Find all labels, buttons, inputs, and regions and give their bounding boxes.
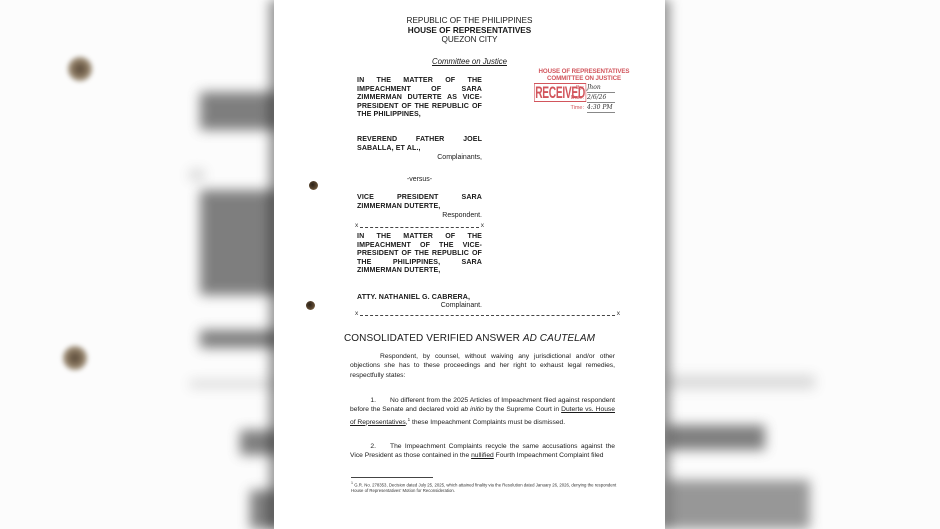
paragraph-1: 1.No different from the 2025 Articles of… <box>350 396 615 427</box>
caption1-role: Complainants, <box>357 154 482 161</box>
title-italic: AD CAUTELAM <box>523 333 595 344</box>
separator-x-right: x <box>617 310 620 317</box>
background-text-blur <box>665 480 810 529</box>
separator-line <box>360 315 615 316</box>
respondent-role: Respondent. <box>357 212 482 219</box>
title-main: CONSOLIDATED VERIFIED ANSWER <box>344 333 523 344</box>
paragraph-1-number: 1. <box>350 396 390 405</box>
background-hole-punch <box>67 56 93 82</box>
footnote: 1 G.R. No. 278353, Decision dated July 2… <box>351 480 621 494</box>
caption-end-separator: x x <box>355 311 620 319</box>
separator-x-left: x <box>355 222 358 229</box>
background-text-blur <box>190 170 204 180</box>
background-text-blur <box>665 425 765 450</box>
caption2-party: ATTY. NATHANIEL G. CABRERA, <box>357 293 482 302</box>
hole-punch-mark <box>306 301 315 310</box>
caption1-party: REVEREND FATHER JOEL SABALLA, ET AL., <box>357 135 482 152</box>
document-header: REPUBLIC OF THE PHILIPPINES HOUSE OF REP… <box>274 16 665 45</box>
committee-name: Committee on Justice <box>274 57 665 66</box>
background-text-blur <box>665 375 815 389</box>
background-text-blur <box>190 380 280 388</box>
caption2-matter: IN THE MATTER OF THE IMPEACHMENT OF THE … <box>357 232 482 275</box>
paragraph-2-text: Fourth Impeachment Complaint filed <box>494 452 604 459</box>
background-hole-punch <box>62 345 88 371</box>
paragraph-1-italic: ab initio <box>461 406 484 413</box>
header-city: QUEZON CITY <box>274 35 665 45</box>
paragraph-2-underlined: nullified <box>471 452 494 459</box>
paragraph-1-text: by the Supreme Court in <box>484 406 561 413</box>
hole-punch-mark <box>309 181 318 190</box>
versus-label: -versus- <box>357 176 482 183</box>
document-title: CONSOLIDATED VERIFIED ANSWER AD CAUTELAM <box>274 333 665 344</box>
footnote-text: G.R. No. 278353, Decision dated July 25,… <box>351 482 616 493</box>
intro-text: Respondent, by counsel, without waiving … <box>350 353 615 379</box>
caption-separator: x x <box>355 223 484 231</box>
document-page: REPUBLIC OF THE PHILIPPINES HOUSE OF REP… <box>274 0 665 529</box>
background-text-blur <box>200 92 280 130</box>
stamp-fields: By:Jhon Date:2/6/26 Time:4:30 PM <box>568 83 615 113</box>
paragraph-2-number: 2. <box>350 442 390 451</box>
received-stamp: HOUSE OF REPRESENTATIVES COMMITTEE ON JU… <box>532 69 636 113</box>
separator-line <box>360 227 479 228</box>
intro-paragraph: Respondent, by counsel, without waiving … <box>350 352 615 380</box>
footnote-rule <box>351 477 433 478</box>
caption1-matter: IN THE MATTER OF THE IMPEACHMENT OF SARA… <box>357 76 482 119</box>
header-republic: REPUBLIC OF THE PHILIPPINES <box>274 16 665 26</box>
header-house: HOUSE OF REPRESENTATIVES <box>274 26 665 36</box>
caption2-role: Complainant. <box>357 302 482 309</box>
stamp-by-label: By: <box>568 84 584 93</box>
stamp-org-line2: COMMITTEE ON JUSTICE <box>532 76 636 83</box>
paragraph-2: 2.The Impeachment Complaints recycle the… <box>350 442 615 461</box>
stamp-time-value: 4:30 PM <box>587 103 615 113</box>
background-text-blur <box>200 330 280 348</box>
stamp-date-label: Date: <box>568 94 584 103</box>
stamp-time-label: Time: <box>568 104 584 113</box>
separator-x-left: x <box>355 310 358 317</box>
background-text-blur <box>200 190 280 295</box>
respondent-name: VICE PRESIDENT SARA ZIMMERMAN DUTERTE, <box>357 193 482 210</box>
stamp-by-value: Jhon <box>587 83 615 93</box>
separator-x-right: x <box>481 222 484 229</box>
stamp-date-value: 2/6/26 <box>587 93 615 103</box>
paragraph-1-text: these Impeachment Complaints must be dis… <box>410 419 565 426</box>
